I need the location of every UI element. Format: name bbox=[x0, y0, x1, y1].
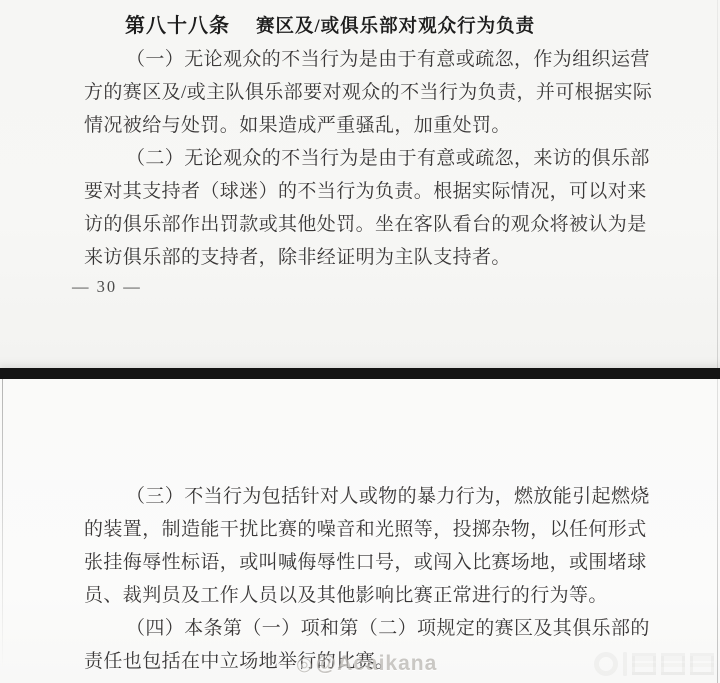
photo-edge-line bbox=[717, 379, 718, 683]
paragraph-1-line: （一）无论观众的不当行为是由于有意或疏忽，作为组织运营 bbox=[84, 43, 654, 76]
paragraph-3-line: 的装置，制造能干扰比赛的噪音和光照等，投掷杂物，以任何形式 bbox=[84, 513, 654, 546]
platform-logo-glyph bbox=[623, 652, 627, 676]
circle-icon: ◎ bbox=[296, 654, 314, 675]
photo-edge-line bbox=[717, 0, 718, 368]
article-title: 赛区及/或俱乐部对观众行为负责 bbox=[256, 17, 535, 37]
document-photo: 第八十八条赛区及/或俱乐部对观众行为负责 （一）无论观众的不当行为是由于有意或疏… bbox=[0, 0, 720, 683]
paragraph-3-line: （三）不当行为包括针对人或物的暴力行为，燃放能引起燃烧 bbox=[84, 480, 654, 513]
document-page-bottom: （三）不当行为包括针对人或物的暴力行为，燃放能引起燃烧 的装置，制造能干扰比赛的… bbox=[0, 379, 720, 683]
page-number: — 30 — bbox=[72, 277, 142, 297]
paragraph-4-line: （四）本条第（一）项和第（二）项规定的赛区及其俱乐部的 bbox=[84, 612, 654, 645]
platform-watermark bbox=[594, 648, 714, 680]
paragraph-3-line: 张挂侮辱性标语，或叫喊侮辱性口号，或闯入比赛场地，或围堵球 bbox=[84, 546, 654, 579]
author-handle: @Acaikana bbox=[316, 652, 438, 675]
article-number: 第八十八条 bbox=[125, 15, 230, 37]
platform-logo-icon bbox=[594, 652, 618, 676]
page-break-bar bbox=[0, 368, 720, 379]
paragraph-2-line: 来访俱乐部的支持者，除非经证明为主队支持者。 bbox=[84, 241, 654, 274]
article-body-bottom: （三）不当行为包括针对人或物的暴力行为，燃放能引起燃烧 的装置，制造能干扰比赛的… bbox=[84, 480, 654, 678]
author-watermark: ◎@Acaikana bbox=[296, 652, 437, 676]
document-page-top: 第八十八条赛区及/或俱乐部对观众行为负责 （一）无论观众的不当行为是由于有意或疏… bbox=[0, 0, 720, 368]
article-body-top: （一）无论观众的不当行为是由于有意或疏忽，作为组织运营 方的赛区及/或主队俱乐部… bbox=[84, 43, 654, 274]
paragraph-1-line: 情况被给与处罚。如果造成严重骚乱，加重处罚。 bbox=[84, 109, 654, 142]
paragraph-2-line: 访的俱乐部作出罚款或其他处罚。坐在客队看台的观众将被认为是 bbox=[84, 208, 654, 241]
platform-logo-glyph bbox=[661, 653, 685, 675]
paragraph-2-line: （二）无论观众的不当行为是由于有意或疏忽，来访的俱乐部 bbox=[84, 142, 654, 175]
article-heading: 第八十八条赛区及/或俱乐部对观众行为负责 bbox=[125, 9, 535, 38]
paragraph-1-line: 方的赛区及/或主队俱乐部要对观众的不当行为负责，并可根据实际 bbox=[84, 76, 654, 109]
paragraph-3-line: 员、裁判员及工作人员以及其他影响比赛正常进行的行为等。 bbox=[84, 579, 654, 612]
paragraph-2-line: 要对其支持者（球迷）的不当行为负责。根据实际情况，可以对来 bbox=[84, 175, 654, 208]
platform-logo-glyph bbox=[690, 653, 714, 675]
photo-edge-line bbox=[2, 379, 3, 669]
platform-logo-glyph bbox=[632, 653, 656, 675]
